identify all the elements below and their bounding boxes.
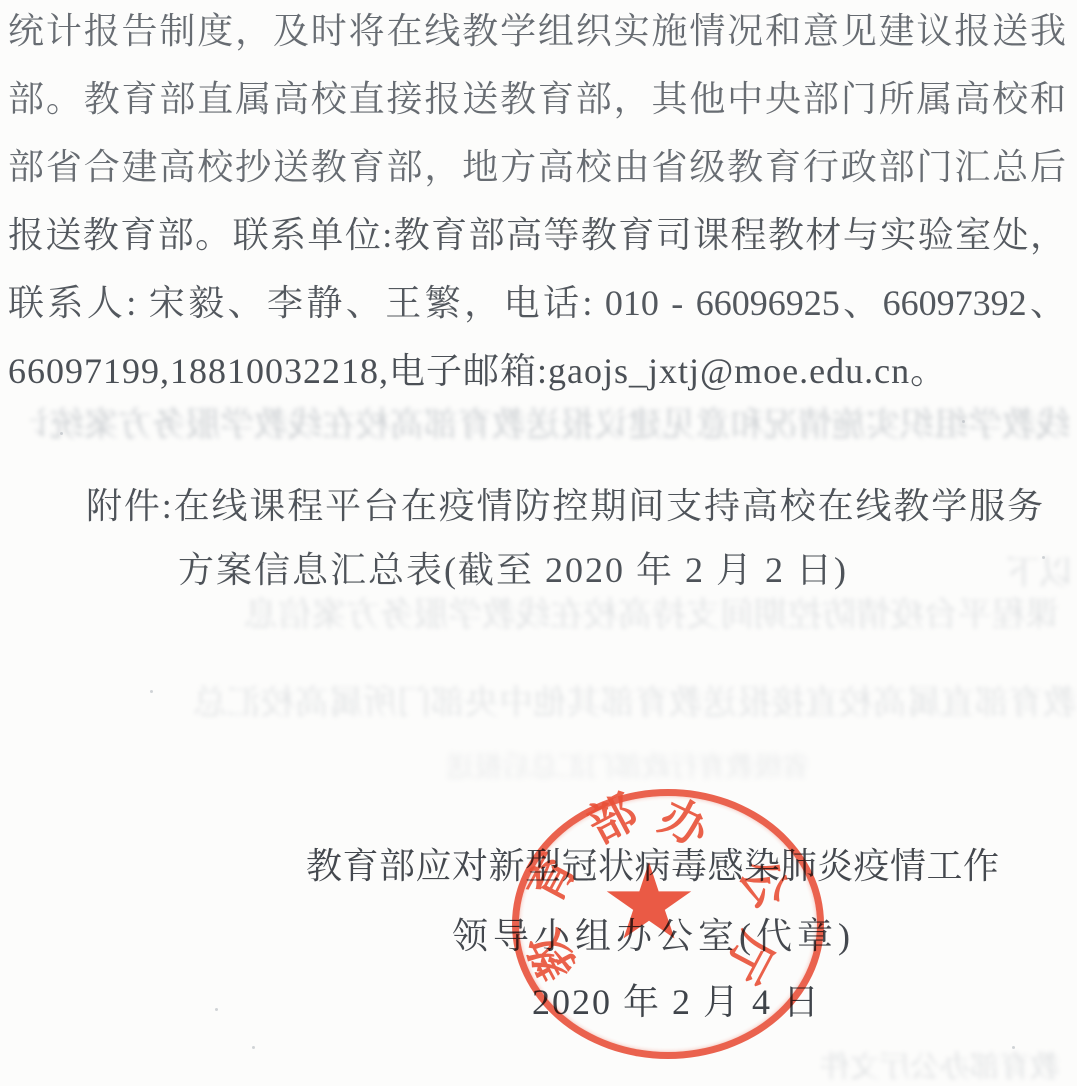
paragraph-line-5: 联系人: 宋毅、李静、王繁，电话: 010 - 66096925、6609739… <box>8 269 1066 337</box>
bleed-through-row: 以下 <box>988 554 1074 594</box>
attachment-line-2: 方案信息汇总表(截至 2020 年 2 月 2 日) <box>178 536 848 604</box>
paragraph-line-6: 66097199,18810032218,电子邮箱:gaojs_jxtj@moe… <box>8 337 1066 405</box>
signature-line-2: 领导小组办公室(代章) <box>452 902 855 970</box>
scan-speck <box>1042 556 1045 559</box>
bleed-through-row: 线教学组织实施情况和意见建议报送教育部高校在线教学服务方案统计报 <box>30 406 1070 448</box>
scan-speck <box>962 420 965 423</box>
bleed-through-row: 省级教育行政部门汇总后报送 <box>250 748 810 782</box>
paragraph-line-1: 统计报告制度，及时将在线教学组织实施情况和意见建议报送我 <box>8 0 1066 65</box>
attachment-line-1: 附件:在线课程平台在疫情防控期间支持高校在线教学服务 <box>86 472 1043 540</box>
body-paragraph: 统计报告制度，及时将在线教学组织实施情况和意见建议报送我 部。教育部直属高校直接… <box>8 0 1066 405</box>
paragraph-line-2: 部。教育部直属高校直接报送教育部，其他中央部门所属高校和 <box>8 65 1066 133</box>
scan-speck <box>252 1046 255 1049</box>
signature-line-1: 教育部应对新型冠状病毒感染肺炎疫情工作 <box>306 832 1000 900</box>
scan-speck <box>60 432 63 435</box>
scan-speck <box>215 1008 218 1011</box>
scan-speck <box>1012 1046 1015 1049</box>
signature-date: 2020 年 2 月 4 日 <box>532 968 821 1036</box>
paragraph-line-3: 部省合建高校抄送教育部，地方高校由省级教育行政部门汇总后 <box>8 133 1066 201</box>
scan-speck <box>150 690 153 693</box>
document-page: 线教学组织实施情况和意见建议报送教育部高校在线教学服务方案统计报 课程平台疫情防… <box>0 0 1077 1086</box>
bleed-through-row: 教育部办公厅文件 <box>770 1048 1060 1084</box>
bleed-through-row: 教育部直属高校直接报送教育部其他中央部门所属高校汇总 <box>100 684 1077 724</box>
paragraph-line-4: 报送教育部。联系单位:教育部高等教育司课程教材与实验室处， <box>8 201 1066 269</box>
